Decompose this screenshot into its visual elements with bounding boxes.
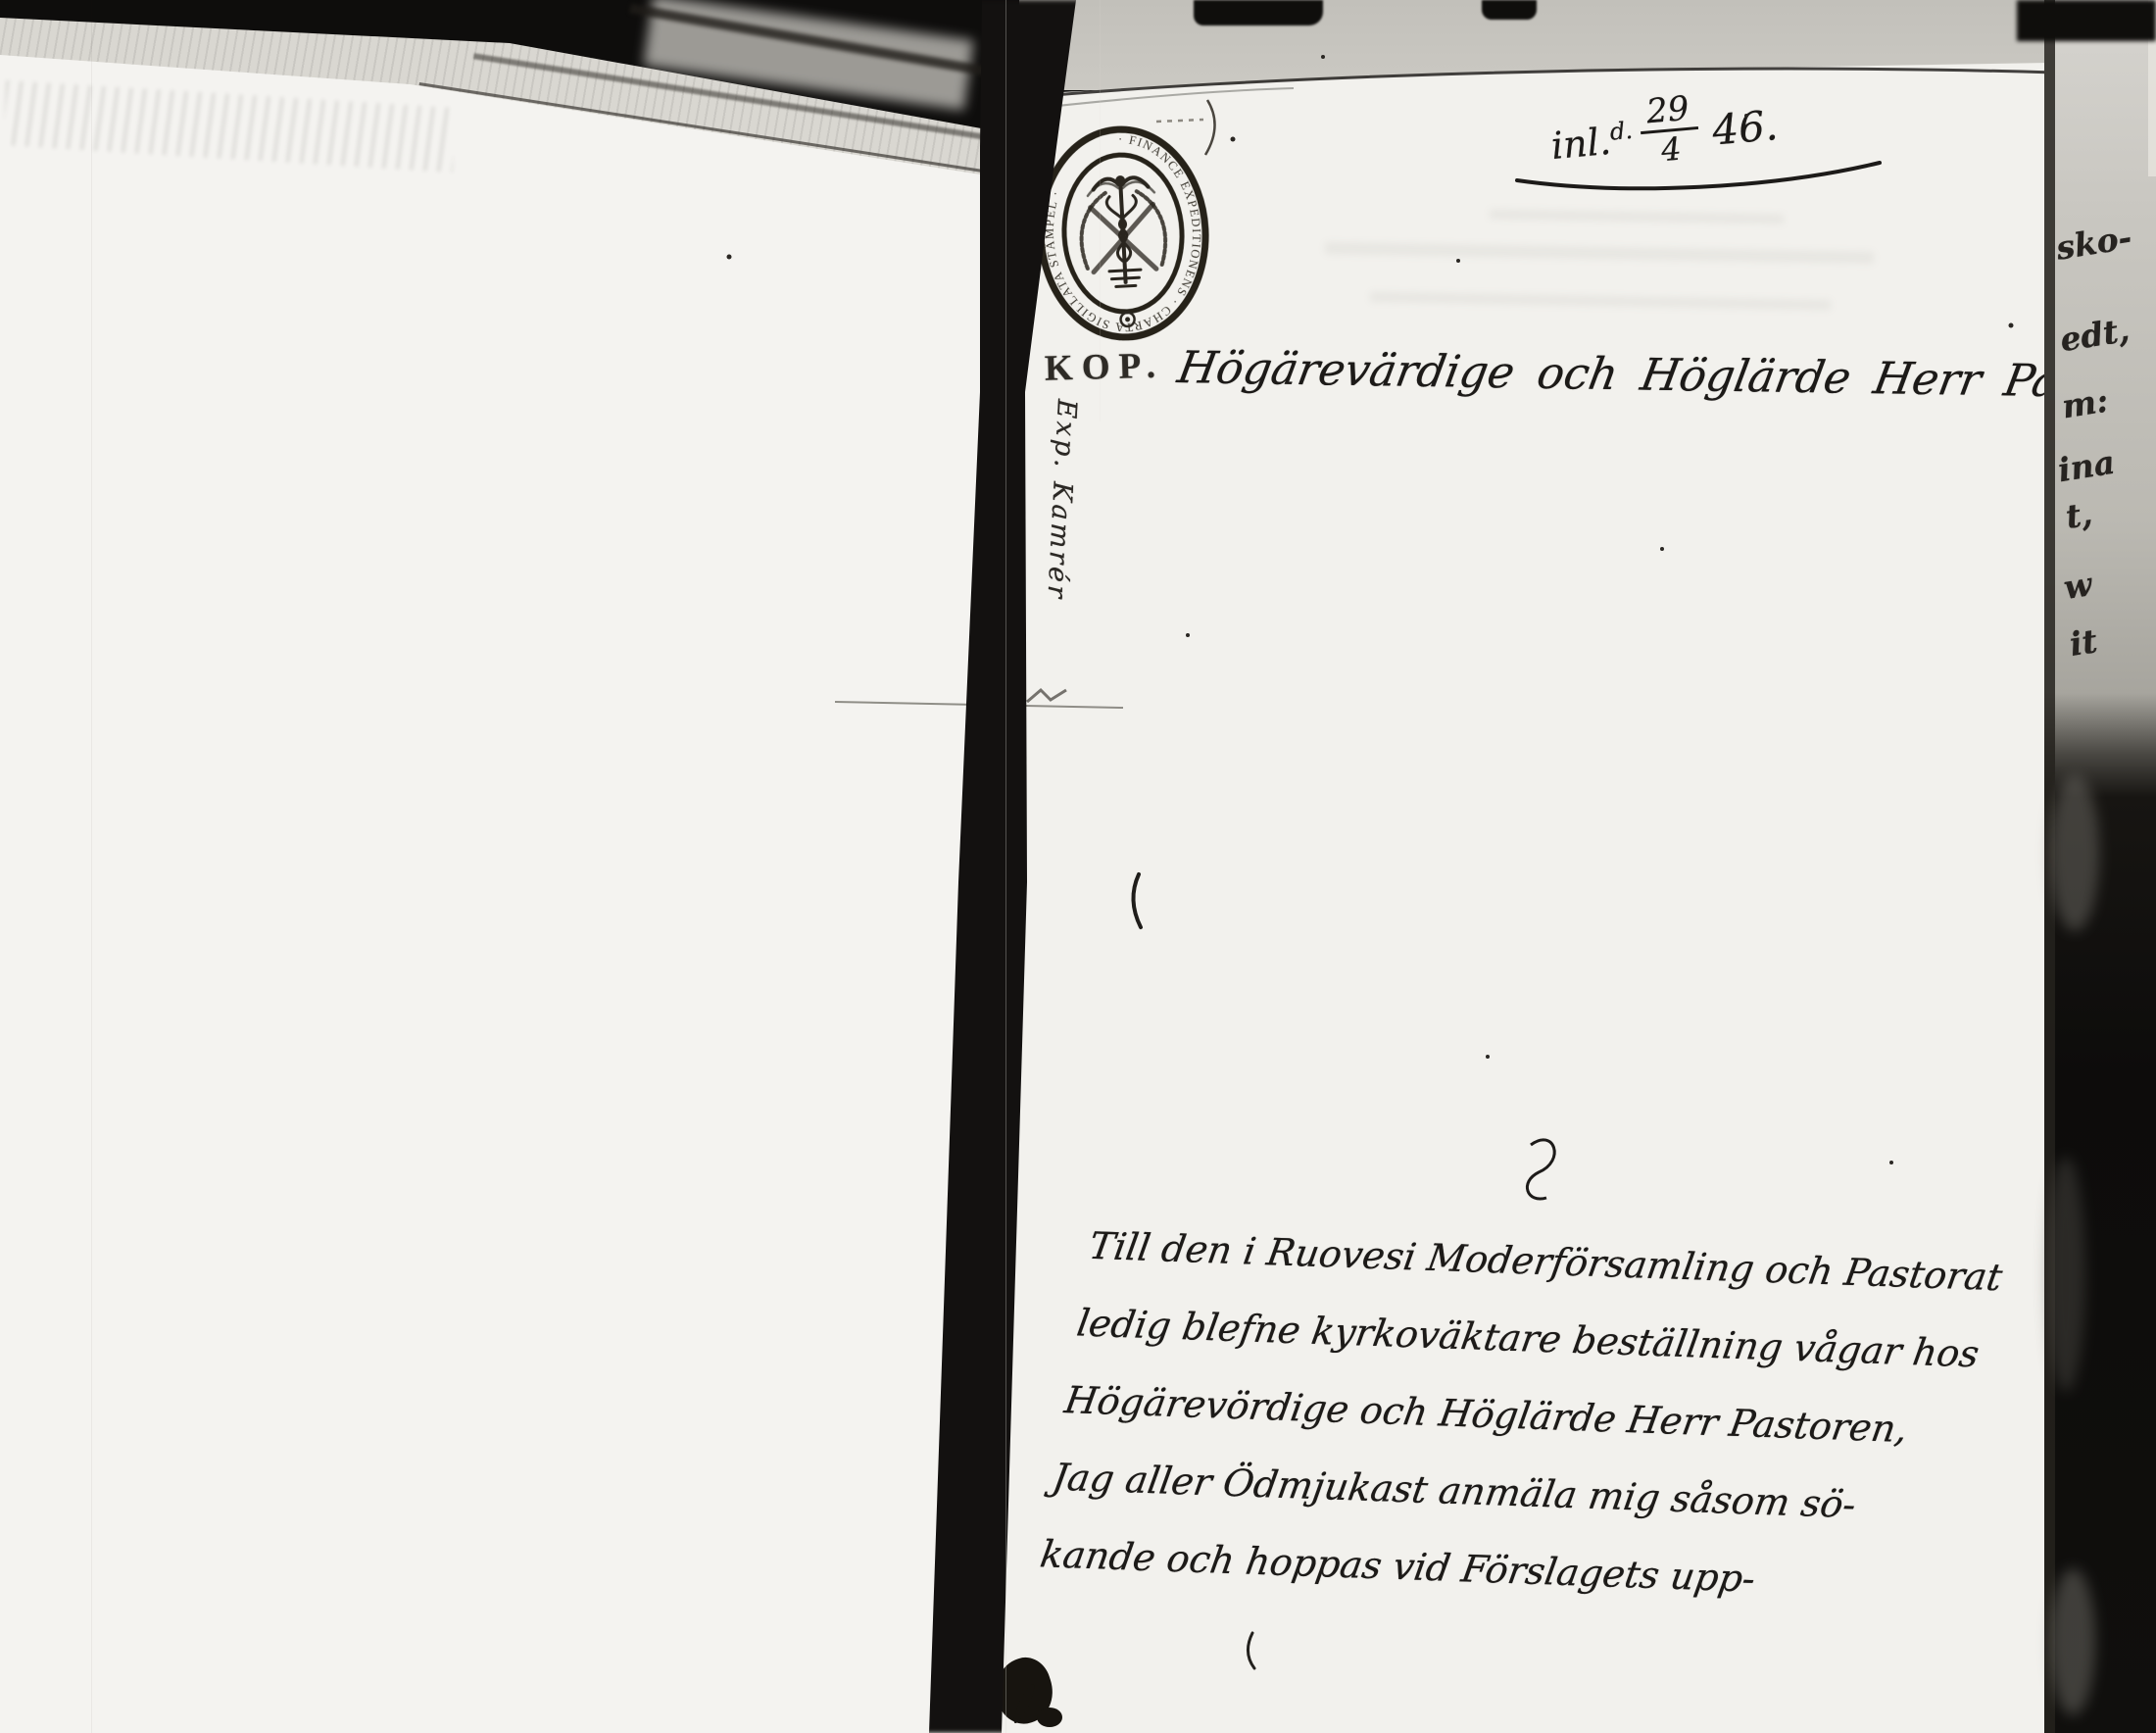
top-edge-corner-shadow xyxy=(2017,0,2156,41)
top-edge-blob xyxy=(1482,0,1537,20)
received-year: 46. xyxy=(1710,101,1780,155)
edge-text-fragment: m: xyxy=(2059,381,2111,426)
revenue-stamp-seal: · FINANCE EXPEDITIONENS · CHARTA SIGILLA… xyxy=(1029,119,1216,347)
received-date-numerator: 29 xyxy=(1638,91,1698,134)
scan-streak-seal xyxy=(1100,0,1101,421)
received-prefix: inl. xyxy=(1549,120,1612,168)
edge-text-fragment: edt, xyxy=(2057,311,2131,360)
edge-text-fragment: t, xyxy=(2063,494,2095,536)
received-date-denominator: 4 xyxy=(1641,129,1701,168)
left-page xyxy=(0,0,1029,1733)
edge-blotch xyxy=(2046,1157,2085,1392)
top-edge-blob xyxy=(1194,0,1323,25)
scanned-book-spread: · FINANCE EXPEDITIONENS · CHARTA SIGILLA… xyxy=(0,0,2156,1733)
edge-text-fragment: it xyxy=(2067,621,2100,664)
adjacent-page-edge: sko- edt, m: ina t, w it xyxy=(2044,0,2156,1733)
caduceus-icon xyxy=(1078,173,1169,328)
edge-blotch xyxy=(2050,1568,2095,1715)
edge-text-fragment: w xyxy=(2061,565,2094,607)
received-day-mark: d. xyxy=(1609,117,1634,146)
edge-blotch xyxy=(2050,774,2099,931)
edge-text-fragment: ina xyxy=(2055,443,2117,490)
received-date-fraction: 294 xyxy=(1638,91,1701,168)
ink-blot-small xyxy=(1037,1708,1062,1727)
letter-body: Till den i Ruovesi Moderförsamling och P… xyxy=(1035,1208,2008,1625)
scan-streak-left xyxy=(91,0,92,1733)
scan-streak-gutter xyxy=(1005,0,1006,1733)
stamp-denomination: 3. KOP. xyxy=(981,345,1164,392)
edge-text-fragment: sko- xyxy=(2053,218,2133,268)
